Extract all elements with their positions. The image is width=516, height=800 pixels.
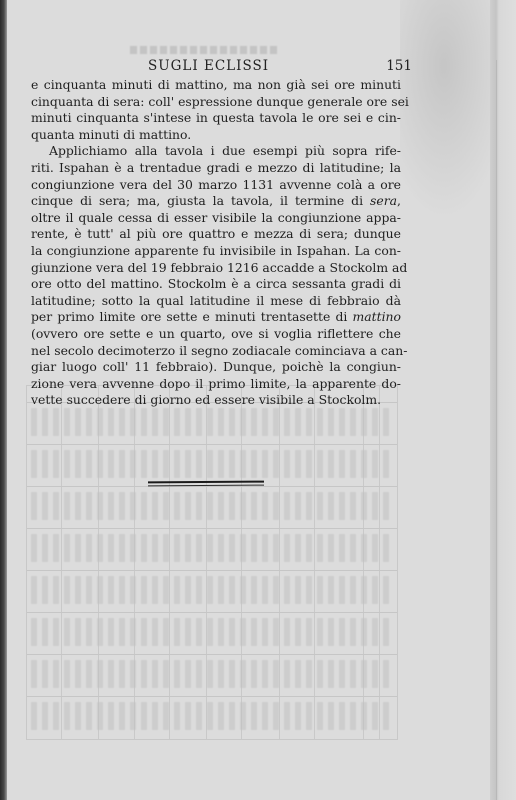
text-line: rente, è tutt' al più ore quattro e mezz… <box>31 226 401 243</box>
fold-line <box>496 60 497 800</box>
text-line: ore otto del mattino. Stockolm è a circa… <box>31 276 401 293</box>
text-line: la congiunzione apparente fu invisibile … <box>31 243 401 260</box>
text-line: nel secolo decimoterzo il segno zodiacal… <box>31 343 401 360</box>
text-line: quanta minuti di mattino. <box>31 127 401 144</box>
page-edge <box>490 0 516 800</box>
show-through-table <box>26 385 398 740</box>
text-line: giar luogo coll' 11 febbraio). Dunque, p… <box>31 359 401 376</box>
text-line: riti. Ispahan è a trentadue gradi e mezz… <box>31 160 401 177</box>
text-line: minuti cinquanta s'intese in questa tavo… <box>31 110 401 127</box>
text-line: per primo limite ore sette e minuti tren… <box>31 309 401 326</box>
section-end-double-rule <box>148 481 264 487</box>
text-run: per primo limite ore sette e minuti tren… <box>31 309 353 324</box>
text-line: cinque di sera; ma, giusta la tavola, il… <box>31 193 401 210</box>
text-line: giunzione vera del 19 febbraio 1216 acca… <box>31 260 401 277</box>
text-run: cinque di sera; ma, giusta la tavola, il… <box>31 193 370 208</box>
paragraph-2: Applichiamo alla tavola i due esempi più… <box>31 143 401 409</box>
page-number: 151 <box>386 58 412 74</box>
italic-word: mattino <box>353 309 402 324</box>
scanned-page: SUGLI ECLISSI 151 e cinquanta minuti di … <box>0 0 516 800</box>
binding-gutter <box>0 0 7 800</box>
rule-line-thin <box>148 485 264 487</box>
text-line: congiunzione vera del 30 marzo 1131 avve… <box>31 177 401 194</box>
body-text: e cinquanta minuti di mattino, ma non gi… <box>31 77 401 409</box>
running-title: SUGLI ECLISSI <box>148 58 269 74</box>
text-line: cinquanta di sera: coll' espressione dun… <box>31 94 401 111</box>
text-line: (ovvero ore sette e un quarto, ove si vo… <box>31 326 401 343</box>
text-line: e cinquanta minuti di mattino, ma non gi… <box>31 77 401 94</box>
show-through-heading <box>130 46 280 54</box>
text-line: Applichiamo alla tavola i due esempi più… <box>31 143 401 160</box>
paragraph-1: e cinquanta minuti di mattino, ma non gi… <box>31 77 401 143</box>
text-run: , <box>397 193 401 208</box>
text-line: oltre il quale cessa di esser visibile l… <box>31 210 401 227</box>
text-line: vette succedere di giorno ed essere visi… <box>31 392 401 409</box>
rule-line-thick <box>148 481 264 484</box>
italic-word: sera <box>370 193 397 208</box>
running-head: SUGLI ECLISSI 151 <box>148 58 412 78</box>
text-line: zione vera avvenne dopo il primo limite,… <box>31 376 401 393</box>
text-line: latitudine; sotto la qual latitudine il … <box>31 293 401 310</box>
